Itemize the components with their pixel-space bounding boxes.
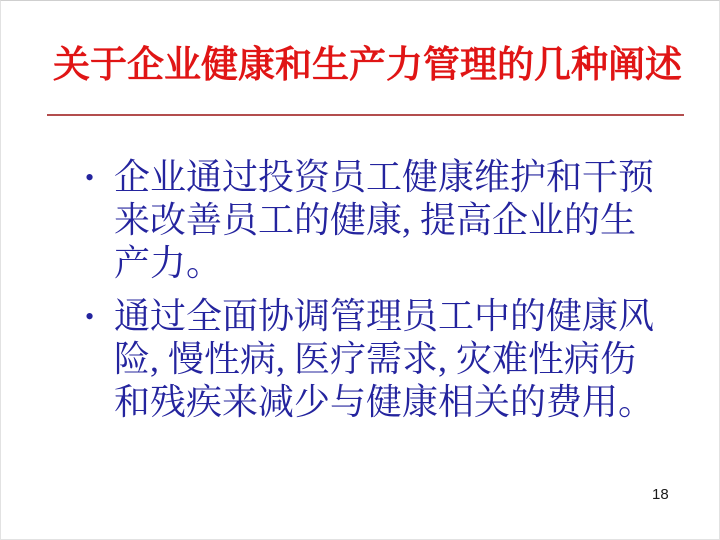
title-divider-rule bbox=[47, 114, 684, 116]
bullet-marker-icon: • bbox=[85, 295, 114, 338]
bullet-item: • 通过全面协调管理员工中的健康风 险, 慢性病, 医疗需求, 灾难性病伤 和残… bbox=[85, 295, 685, 424]
page-number: 18 bbox=[652, 486, 669, 504]
bullet-item: • 企业通过投资员工健康维护和干预 来改善员工的健康, 提高企业的生 产力。 bbox=[85, 156, 685, 285]
bullet-text-line: 险, 慢性病, 医疗需求, 灾难性病伤 bbox=[114, 338, 654, 381]
bullet-text-line: 通过全面协调管理员工中的健康风 bbox=[114, 295, 654, 338]
bullet-text-line: 和残疾来减少与健康相关的费用。 bbox=[114, 381, 654, 424]
bullet-text: 企业通过投资员工健康维护和干预 来改善员工的健康, 提高企业的生 产力。 bbox=[114, 156, 654, 285]
bullet-text-line: 产力。 bbox=[114, 242, 654, 285]
bullet-text-line: 来改善员工的健康, 提高企业的生 bbox=[114, 199, 654, 242]
slide-title: 关于企业健康和生产力管理的几种阐述 bbox=[53, 43, 693, 89]
slide: 关于企业健康和生产力管理的几种阐述 • 企业通过投资员工健康维护和干预 来改善员… bbox=[0, 0, 720, 540]
bullet-text: 通过全面协调管理员工中的健康风 险, 慢性病, 医疗需求, 灾难性病伤 和残疾来… bbox=[114, 295, 654, 424]
slide-body: • 企业通过投资员工健康维护和干预 来改善员工的健康, 提高企业的生 产力。 •… bbox=[85, 156, 685, 434]
bullet-text-line: 企业通过投资员工健康维护和干预 bbox=[114, 156, 654, 199]
bullet-marker-icon: • bbox=[85, 156, 114, 199]
